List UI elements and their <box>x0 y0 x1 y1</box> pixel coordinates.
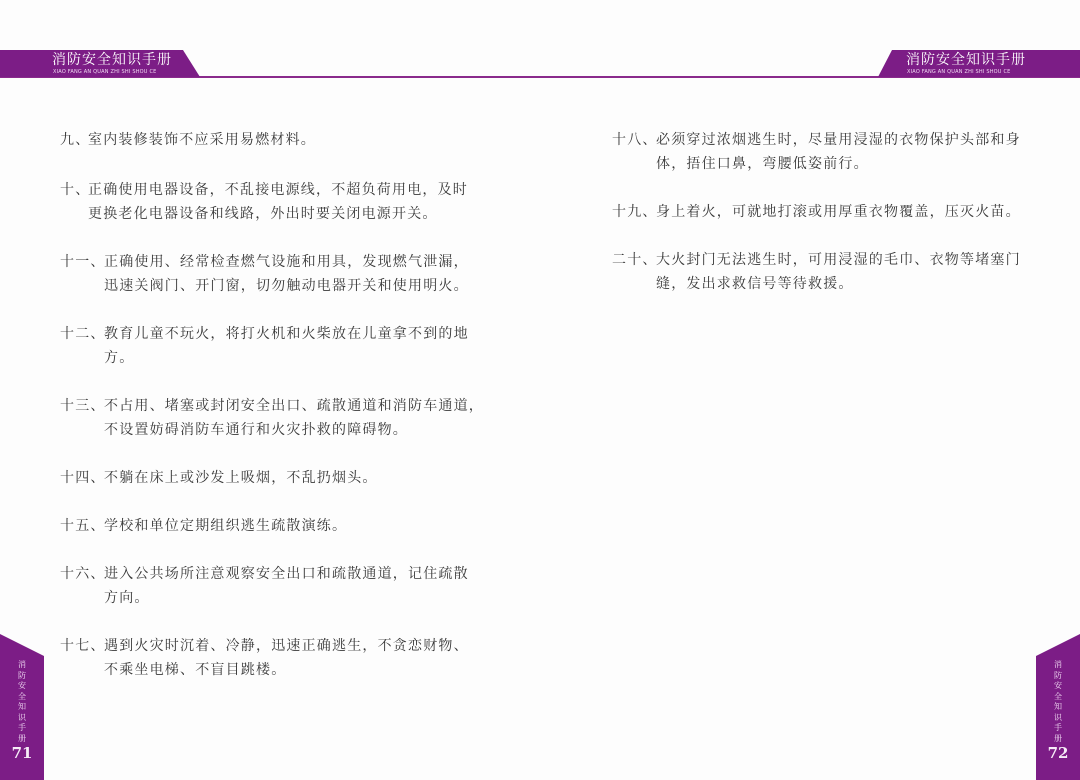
header-title: 消防安全知识手册 <box>906 52 1026 68</box>
title-char: 防 <box>1036 671 1080 682</box>
item-text: 不躺在床上或沙发上吸烟，不乱扔烟头。 <box>60 466 490 490</box>
title-char: 识 <box>1036 713 1080 724</box>
title-char: 册 <box>1036 734 1080 745</box>
title-char: 消 <box>1036 660 1080 671</box>
item-text: 正确使用、经常检查燃气设施和用具，发现燃气泄漏， <box>60 250 490 274</box>
item-text: 遇到火灾时沉着、冷静，迅速正确逃生，不贪恋财物、 <box>60 634 490 658</box>
item-text: 室内装修装饰不应采用易燃材料。 <box>60 128 490 152</box>
list-item: 十八、 必须穿过浓烟逃生时，尽量用浸湿的衣物保护头部和身 体，捂住口鼻，弯腰低姿… <box>612 128 1042 176</box>
item-number: 十二、 <box>60 322 106 346</box>
item-number: 二十、 <box>612 248 658 272</box>
list-item: 十二、 教育儿童不玩火，将打火机和火柴放在儿童拿不到的地 方。 <box>60 322 490 370</box>
title-char: 知 <box>0 702 44 713</box>
list-item: 十七、 遇到火灾时沉着、冷静，迅速正确逃生，不贪恋财物、 不乘坐电梯、不盲目跳楼… <box>60 634 490 682</box>
list-item: 十五、 学校和单位定期组织逃生疏散演练。 <box>60 514 490 538</box>
item-text: 必须穿过浓烟逃生时，尽量用浸湿的衣物保护头部和身 <box>612 128 1042 152</box>
item-text: 不设置妨碍消防车通行和火灾扑救的障碍物。 <box>60 418 490 442</box>
title-char: 安 <box>0 681 44 692</box>
item-number: 十、 <box>60 178 90 202</box>
page-tab-left: 消 防 安 全 知 识 手 册 71 <box>0 634 44 780</box>
header-band-right: 消防安全知识手册 XIAO FANG AN QUAN ZHI SHI SHOU … <box>878 50 1080 77</box>
left-page-content: 九、 室内装修装饰不应采用易燃材料。 十、 正确使用电器设备，不乱接电源线，不超… <box>60 128 490 682</box>
title-char: 册 <box>0 734 44 745</box>
right-page-content: 十八、 必须穿过浓烟逃生时，尽量用浸湿的衣物保护头部和身 体，捂住口鼻，弯腰低姿… <box>612 128 1042 296</box>
title-char: 全 <box>0 692 44 703</box>
item-number: 十一、 <box>60 250 106 274</box>
page-tab-right: 消 防 安 全 知 识 手 册 72 <box>1036 634 1080 780</box>
vertical-book-title: 消 防 安 全 知 识 手 册 <box>1036 660 1080 744</box>
list-item: 十六、 进入公共场所注意观察安全出口和疏散通道，记住疏散 方向。 <box>60 562 490 610</box>
item-text: 更换老化电器设备和线路，外出时要关闭电源开关。 <box>60 202 490 226</box>
item-text: 不占用、堵塞或封闭安全出口、疏散通道和消防车通道， <box>60 394 490 418</box>
item-text: 缝，发出求救信号等待救援。 <box>612 272 1042 296</box>
item-number: 十四、 <box>60 466 106 490</box>
item-text: 正确使用电器设备，不乱接电源线，不超负荷用电，及时 <box>60 178 490 202</box>
list-item: 十九、 身上着火，可就地打滚或用厚重衣物覆盖，压灭火苗。 <box>612 200 1042 224</box>
item-text: 进入公共场所注意观察安全出口和疏散通道，记住疏散 <box>60 562 490 586</box>
item-text: 教育儿童不玩火，将打火机和火柴放在儿童拿不到的地 <box>60 322 490 346</box>
list-item: 二十、 大火封门无法逃生时，可用浸湿的毛巾、衣物等堵塞门 缝，发出求救信号等待救… <box>612 248 1042 296</box>
item-text: 方。 <box>60 346 490 370</box>
item-text: 方向。 <box>60 586 490 610</box>
list-item: 九、 室内装修装饰不应采用易燃材料。 <box>60 128 490 152</box>
page-number-left: 71 <box>0 744 44 762</box>
page-number-right: 72 <box>1036 744 1080 762</box>
item-number: 十七、 <box>60 634 106 658</box>
title-char: 防 <box>0 671 44 682</box>
book-spread: 消防安全知识手册 XIAO FANG AN QUAN ZHI SHI SHOU … <box>0 0 1080 780</box>
item-number: 十六、 <box>60 562 106 586</box>
title-char: 全 <box>1036 692 1080 703</box>
vertical-book-title: 消 防 安 全 知 识 手 册 <box>0 660 44 744</box>
header-subtitle: XIAO FANG AN QUAN ZHI SHI SHOU CE <box>53 69 157 75</box>
item-text: 学校和单位定期组织逃生疏散演练。 <box>60 514 490 538</box>
list-item: 十三、 不占用、堵塞或封闭安全出口、疏散通道和消防车通道， 不设置妨碍消防车通行… <box>60 394 490 442</box>
item-text: 不乘坐电梯、不盲目跳楼。 <box>60 658 490 682</box>
item-text: 迅速关阀门、开门窗，切勿触动电器开关和使用明火。 <box>60 274 490 298</box>
header-band-left: 消防安全知识手册 XIAO FANG AN QUAN ZHI SHI SHOU … <box>0 50 200 77</box>
header-subtitle: XIAO FANG AN QUAN ZHI SHI SHOU CE <box>907 69 1011 75</box>
title-char: 手 <box>1036 723 1080 734</box>
title-char: 知 <box>1036 702 1080 713</box>
item-text: 身上着火，可就地打滚或用厚重衣物覆盖，压灭火苗。 <box>612 200 1042 224</box>
item-number: 十五、 <box>60 514 106 538</box>
item-number: 十九、 <box>612 200 658 224</box>
item-number: 九、 <box>60 128 90 152</box>
list-item: 十一、 正确使用、经常检查燃气设施和用具，发现燃气泄漏， 迅速关阀门、开门窗，切… <box>60 250 490 298</box>
title-char: 识 <box>0 713 44 724</box>
item-number: 十三、 <box>60 394 106 418</box>
item-text: 大火封门无法逃生时，可用浸湿的毛巾、衣物等堵塞门 <box>612 248 1042 272</box>
title-char: 消 <box>0 660 44 671</box>
title-char: 手 <box>0 723 44 734</box>
item-text: 体，捂住口鼻，弯腰低姿前行。 <box>612 152 1042 176</box>
list-item: 十、 正确使用电器设备，不乱接电源线，不超负荷用电，及时 更换老化电器设备和线路… <box>60 178 490 226</box>
item-number: 十八、 <box>612 128 658 152</box>
header-title: 消防安全知识手册 <box>52 52 172 68</box>
title-char: 安 <box>1036 681 1080 692</box>
list-item: 十四、 不躺在床上或沙发上吸烟，不乱扔烟头。 <box>60 466 490 490</box>
